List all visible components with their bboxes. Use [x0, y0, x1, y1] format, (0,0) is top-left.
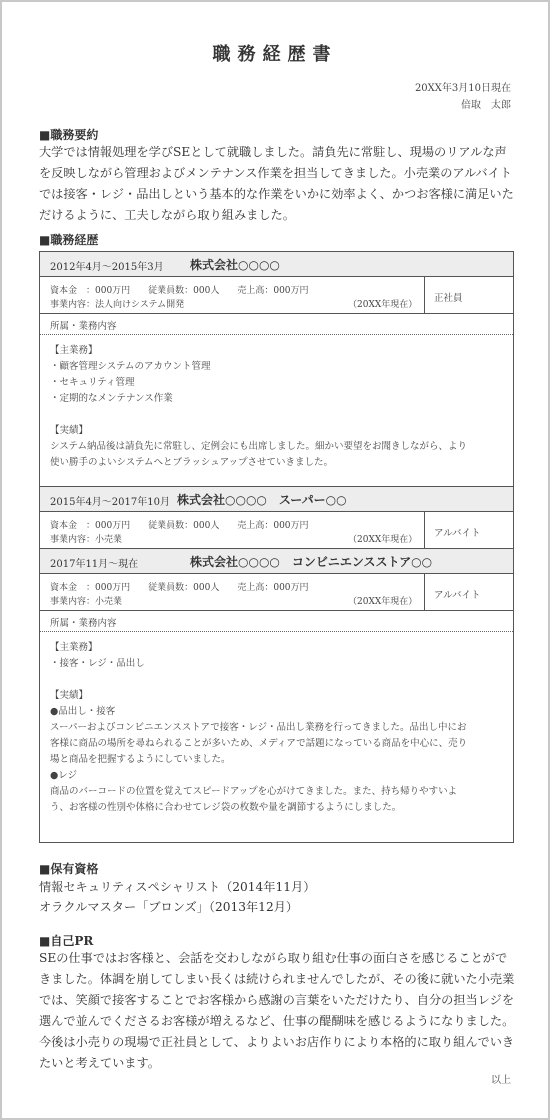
career-company: 株式会社○○○○ コンビニエンスストア○○	[190, 553, 432, 570]
document-title: 職務経歴書	[2, 40, 548, 66]
duty-details: 【主業務】 ・接客・レジ・品出し 【実績】 ●品出し・接客 スーパーおよびコンビ…	[50, 640, 510, 816]
career-period: 2015年4月～2017年10月	[50, 493, 170, 508]
self-pr-heading: ■自己PR	[39, 932, 93, 949]
duty-details: 【主業務】 ・顧客管理システムのアカウント管理 ・セキュリティ管理 ・定期的なメ…	[50, 343, 510, 471]
duty-item: ・セキュリティ管理	[50, 375, 510, 391]
career-heading: ■職務経歴	[39, 231, 98, 248]
employment-type: 正社員	[434, 290, 463, 304]
self-pr-line: 選んで並んでくださるお客様が増えるなど、仕事の醍醐味を感じるようになりました。	[39, 1011, 514, 1032]
summary-heading: ■職務要約	[39, 126, 98, 143]
summary-line: を反映しながら管理およびメンテナンス作業を担当してきました。小売業のアルバイト	[39, 163, 514, 184]
as-of-date: （20XX年現在）	[348, 532, 417, 545]
as-of-date: （20XX年現在）	[348, 297, 417, 310]
employment-type: アルバイト	[434, 587, 480, 601]
achievement-line: システム納品後は請負先に常駐し、定例会にも出席しました。細かい要望をお聞きしなが…	[50, 439, 510, 455]
as-of-date: （20XX年現在）	[348, 594, 417, 607]
company-stats: 資本金 ：000万円 従業員数：000人 売上高：000万円	[50, 518, 309, 531]
company-info: 資本金 ：000万円 従業員数：000人 売上高：000万円 事業内容：小売業 …	[40, 574, 513, 611]
company-business: 事業内容：小売業	[50, 594, 122, 607]
career-period: 2012年4月～2015年3月	[50, 258, 164, 273]
qualification-item: 情報セキュリティスペシャリスト（2014年11月）	[39, 877, 514, 897]
column-divider	[424, 512, 425, 548]
end-mark: 以上	[491, 1071, 511, 1086]
summary-line: 大学では情報処理を学びSEとして就職しました。請負先に常駐し、現場のリアルな声	[39, 142, 514, 163]
duty-item: ・接客・レジ・品出し	[50, 656, 510, 672]
main-duties-label: 【主業務】	[50, 640, 510, 656]
career-entry-header: 2015年4月～2017年10月 株式会社○○○○ スーパー○○	[40, 487, 513, 512]
employment-type: アルバイト	[434, 525, 480, 539]
duty-item: ・定期的なメンテナンス作業	[50, 391, 510, 407]
column-divider	[424, 277, 425, 313]
qualification-item: オラクルマスター「ブロンズ」（2013年12月）	[39, 897, 514, 917]
duty-label: 所属・業務内容	[50, 318, 117, 332]
applicant-name: 倍取 太郎	[461, 96, 511, 111]
resume-page: 職務経歴書 20XX年3月10日現在 倍取 太郎 ■職務要約 大学では情報処理を…	[0, 0, 550, 1120]
achievement-group-title: ●品出し・接客	[50, 704, 510, 720]
career-table: 2012年4月～2015年3月 株式会社○○○○ 資本金 ：000万円 従業員数…	[39, 251, 514, 843]
achievements-label: 【実績】	[50, 423, 510, 439]
achievement-line: う、お客様の性別や体格に合わせてレジ袋の枚数や量を調節するようにしました。	[50, 800, 510, 816]
duty-label: 所属・業務内容	[50, 615, 117, 629]
summary-text: 大学では情報処理を学びSEとして就職しました。請負先に常駐し、現場のリアルな声 …	[39, 142, 514, 226]
self-pr-line: SEの仕事ではお客様と、会話を交わしながら取り組む仕事の面白さを感じることがで	[39, 948, 514, 969]
self-pr-line: たいと考えています。	[39, 1053, 514, 1074]
main-duties-label: 【主業務】	[50, 343, 510, 359]
duty-label-row: 所属・業務内容	[40, 611, 513, 632]
summary-line: だけるように、工夫しながら取り組みました。	[39, 205, 514, 226]
company-business: 事業内容：法人向けシステム開発	[50, 297, 184, 310]
career-period: 2017年11月～現在	[50, 555, 138, 570]
career-company: 株式会社○○○○	[190, 256, 280, 273]
company-business: 事業内容：小売業	[50, 532, 122, 545]
qualifications-heading: ■保有資格	[39, 860, 98, 877]
achievements-label: 【実績】	[50, 688, 510, 704]
company-stats: 資本金 ：000万円 従業員数：000人 売上高：000万円	[50, 580, 309, 593]
achievement-line: 使い勝手のよいシステムへとブラッシュアップさせていきました。	[50, 455, 510, 471]
career-company: 株式会社○○○○ スーパー○○	[177, 491, 347, 508]
self-pr-line: では、笑顔で接客することでお客様から感謝の言葉をいただけたり、自分の担当レジを	[39, 990, 514, 1011]
career-entry-header: 2012年4月～2015年3月 株式会社○○○○	[40, 252, 513, 277]
achievement-line: 場と商品を把握するようにしていました。	[50, 752, 510, 768]
self-pr-line: きました。体調を崩してしまい長くは続けられませんでしたが、その後に就いた小売業	[39, 969, 514, 990]
summary-line: では接客・レジ・品出しという基本的な作業をいかに効率よく、かつお客様に満足いた	[39, 184, 514, 205]
qualifications-list: 情報セキュリティスペシャリスト（2014年11月） オラクルマスター「ブロンズ」…	[39, 877, 514, 917]
self-pr-text: SEの仕事ではお客様と、会話を交わしながら取り組む仕事の面白さを感じることがで …	[39, 948, 514, 1074]
achievement-line: スーパーおよびコンビニエンスストアで接客・レジ・品出し業務を行ってきました。品出…	[50, 720, 510, 736]
document-date: 20XX年3月10日現在	[415, 79, 511, 94]
duty-label-row: 所属・業務内容	[40, 314, 513, 335]
self-pr-line: 今後は小売りの現場で正社員として、よりよいお店作りにより本格的に取り組んでいき	[39, 1032, 514, 1053]
achievement-line: 商品のバーコードの位置を覚えてスピードアップを心がけてきました。また、持ち帰りや…	[50, 784, 510, 800]
career-entry-header: 2017年11月～現在 株式会社○○○○ コンビニエンスストア○○	[40, 549, 513, 574]
achievement-line: 客様に商品の場所を尋ねられることが多いため、メディアで話題になっている商品を中心…	[50, 736, 510, 752]
company-stats: 資本金 ：000万円 従業員数：000人 売上高：000万円	[50, 283, 309, 296]
duty-item: ・顧客管理システムのアカウント管理	[50, 359, 510, 375]
company-info: 資本金 ：000万円 従業員数：000人 売上高：000万円 事業内容：法人向け…	[40, 277, 513, 314]
achievement-group-title: ●レジ	[50, 768, 510, 784]
column-divider	[424, 574, 425, 610]
company-info: 資本金 ：000万円 従業員数：000人 売上高：000万円 事業内容：小売業 …	[40, 512, 513, 549]
